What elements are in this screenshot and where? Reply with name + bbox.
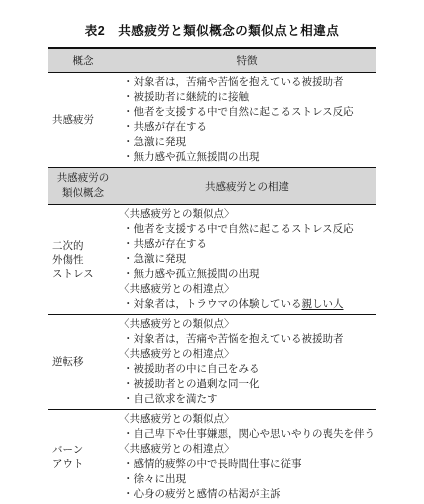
feature-line: ・自己欲求を満たす: [118, 392, 376, 407]
concept-label: 外傷性: [52, 253, 118, 267]
similarity-section-label: 〈共感疲労との類似点〉: [118, 207, 376, 222]
similarity-section-label: 〈共感疲労との類似点〉: [118, 412, 376, 427]
feature-cell: 〈共感疲労との類似点〉 ・対象者は，苦痛や苦悩を抱えている被援助者 〈共感疲労と…: [118, 315, 376, 409]
concept-cell: 二次的 外傷性 ストレス: [48, 205, 118, 314]
similarity-section-label: 〈共感疲労との類似点〉: [118, 317, 376, 332]
feature-line: ・共感が存在する: [118, 237, 376, 252]
feature-line: ・心身の疲労と感情の枯渇が主訴: [118, 487, 376, 502]
concept-label: バーン: [52, 443, 118, 457]
feature-line: ・対象者は，トラウマの体験している親しい人: [118, 297, 376, 312]
concept-label: アウト: [52, 457, 118, 471]
feature-line: ・被援助者との過剰な同一化: [118, 377, 376, 392]
table-header-row: 概念 特徴: [48, 49, 376, 73]
feature-line: ・無力感や孤立無援間の出現: [118, 267, 376, 282]
difference-section-label: 〈共感疲労との相違点〉: [118, 282, 376, 297]
row-countertransference: 逆転移 〈共感疲労との類似点〉 ・対象者は，苦痛や苦悩を抱えている被援助者 〈共…: [48, 315, 376, 410]
subheader-row: 共感疲労の 類似概念 共感疲労との相違: [48, 168, 376, 205]
feature-line-text: ・対象者は，トラウマの体験している: [123, 298, 302, 310]
difference-section-label: 〈共感疲労との相違点〉: [118, 442, 376, 457]
feature-line: ・被援助者に継続的に接触: [118, 90, 376, 105]
comparison-table: 概念 特徴 共感疲労 ・対象者は，苦痛や苦悩を抱えている被援助者 ・被援助者に継…: [48, 47, 376, 504]
concept-cell: 共感疲労: [48, 73, 118, 167]
row-burnout: バーン アウト 〈共感疲労との類似点〉 ・自己卑下や仕事嫌悪，関心や思いやりの喪…: [48, 410, 376, 504]
row-secondary-traumatic-stress: 二次的 外傷性 ストレス 〈共感疲労との類似点〉 ・他者を支援する中で自然に起こ…: [48, 205, 376, 315]
feature-line: ・他者を支援する中で自然に起こるストレス反応: [118, 105, 376, 120]
concept-label: 共感疲労: [52, 113, 118, 127]
difference-section-label: 〈共感疲労との相違点〉: [118, 347, 376, 362]
underlined-text: 親しい人: [302, 298, 344, 310]
feature-line: ・対象者は，苦痛や苦悩を抱えている被援助者: [118, 332, 376, 347]
feature-line: ・対象者は，苦痛や苦悩を抱えている被援助者: [118, 75, 376, 90]
feature-line: ・感情的疲弊の中で長時間仕事に従事: [118, 457, 376, 472]
feature-cell: 〈共感疲労との類似点〉 ・自己卑下や仕事嫌悪，関心や思いやりの喪失を伴う 〈共感…: [118, 410, 376, 504]
feature-line: ・被援助者の中に自己をみる: [118, 362, 376, 377]
concept-label: ストレス: [52, 267, 118, 281]
subheader-feature-label: 共感疲労との相違: [118, 179, 376, 194]
feature-line: ・自己卑下や仕事嫌悪，関心や思いやりの喪失を伴う: [118, 427, 376, 442]
feature-line: ・徐々に出現: [118, 472, 376, 487]
subheader-concept-cell: 共感疲労の 類似概念: [48, 171, 118, 201]
feature-cell: ・対象者は，苦痛や苦悩を抱えている被援助者 ・被援助者に継続的に接触 ・他者を支…: [118, 73, 376, 167]
concept-label: 二次的: [52, 239, 118, 253]
table-title: 表2 共感疲労と類似概念の類似点と相違点: [0, 0, 424, 39]
concept-label: 逆転移: [52, 355, 118, 369]
paper-page: 表2 共感疲労と類似概念の類似点と相違点 概念 特徴 共感疲労 ・対象者は，苦痛…: [0, 0, 424, 504]
feature-line: ・他者を支援する中で自然に起こるストレス反応: [118, 222, 376, 237]
feature-line: ・急激に発現: [118, 135, 376, 150]
subheader-concept-label: 類似概念: [48, 186, 118, 201]
feature-line: ・急激に発現: [118, 252, 376, 267]
concept-header: 概念: [48, 53, 118, 68]
feature-header: 特徴: [118, 53, 376, 68]
feature-cell: 〈共感疲労との類似点〉 ・他者を支援する中で自然に起こるストレス反応 ・共感が存…: [118, 205, 376, 314]
feature-line: ・無力感や孤立無援間の出現: [118, 150, 376, 165]
concept-cell: 逆転移: [48, 315, 118, 409]
row-compassion-fatigue: 共感疲労 ・対象者は，苦痛や苦悩を抱えている被援助者 ・被援助者に継続的に接触 …: [48, 73, 376, 168]
concept-cell: バーン アウト: [48, 410, 118, 504]
subheader-concept-label: 共感疲労の: [48, 171, 118, 186]
feature-line: ・共感が存在する: [118, 120, 376, 135]
